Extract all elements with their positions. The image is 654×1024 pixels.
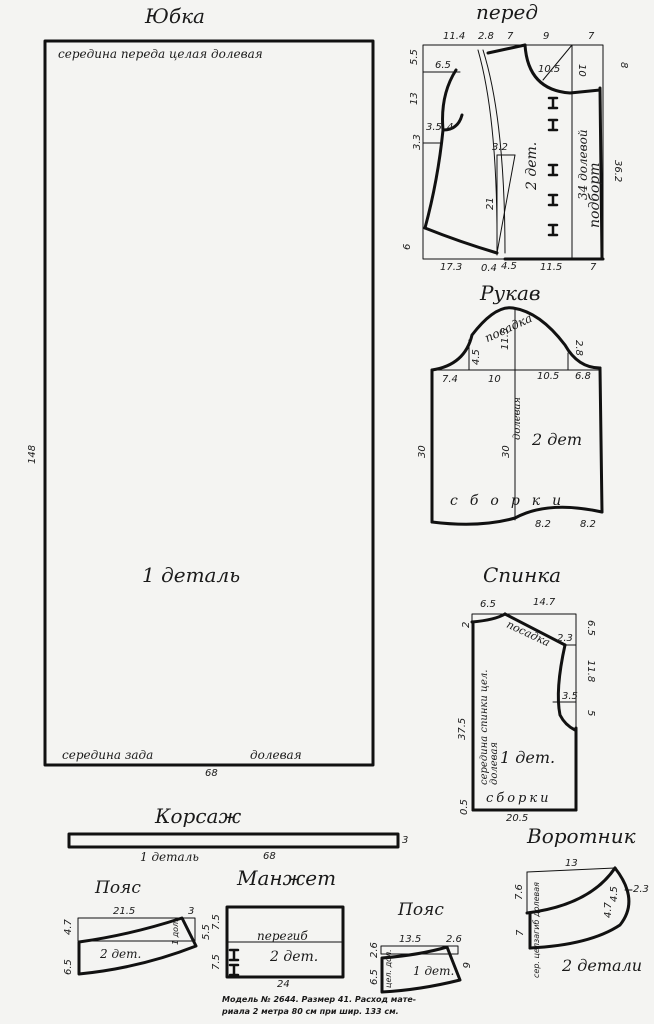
back-center-label: середина спинки цел. долевая	[480, 625, 500, 785]
sleeve-dim: 10.5	[537, 372, 559, 382]
sleeve-grain-label: долевая	[513, 397, 523, 440]
sleeve-title: Рукав	[480, 283, 541, 303]
belt-left-dim: 4.7	[64, 919, 74, 935]
back-dim: 11.8	[585, 660, 595, 682]
back-dim: 0.5	[460, 799, 470, 815]
back-dim: 20.5	[506, 814, 528, 824]
sleeve-dim: 11.5	[501, 328, 511, 350]
front-dim: 2.8	[478, 32, 494, 42]
front-dim: 0.4	[481, 264, 497, 274]
belt-right-inner-label: цел. дол.	[385, 949, 393, 988]
collar-side-label: сер. цел.	[533, 940, 541, 978]
skirt-center-label: 1 деталь	[142, 565, 240, 585]
back-dim: 2	[462, 622, 472, 628]
belt-left-dim: 3	[188, 907, 194, 917]
sleeve-dim: 8.2	[580, 520, 596, 530]
front-dim: 36.2	[612, 160, 622, 182]
collar-detail-label: 2 детали	[562, 958, 642, 974]
front-dim: 11.5	[540, 263, 562, 273]
front-dim: 11.4	[443, 32, 465, 42]
belt-right-dim: 6.5	[370, 969, 380, 985]
sleeve-dim: 10	[488, 375, 501, 385]
sleeve-dim: 6.8	[575, 372, 591, 382]
front-dim: 10	[576, 64, 586, 77]
front-dim: 7	[588, 32, 594, 42]
skirt-top-note: середина переда целая долевая	[58, 48, 263, 60]
front-facing-label2: подборт	[588, 162, 602, 228]
belt-right-dim: 13.5	[399, 935, 421, 945]
skirt-width-dim: 68	[205, 769, 218, 779]
sleeve-hem-label: сборки	[450, 494, 573, 508]
back-dim: 6.5	[585, 620, 595, 636]
collar-piece	[527, 868, 632, 948]
skirt-bottom-left: середина зада	[62, 749, 153, 761]
front-dim: 13	[410, 92, 420, 105]
cuff-dim: 24	[277, 980, 290, 990]
sleeve-dim: 7.4	[442, 375, 458, 385]
bodice-length-dim: 68	[263, 852, 276, 862]
skirt-bottom-right: долевая	[250, 749, 302, 761]
back-hem-label: сборки	[486, 792, 552, 805]
belt-right-dim: 2.6	[446, 935, 462, 945]
back-dim: 37.5	[458, 718, 468, 740]
belt-left-title: Пояс	[95, 880, 141, 897]
bodice-piece	[69, 834, 398, 847]
belt-right-dim: 6	[460, 962, 470, 968]
collar-dim: 7	[516, 930, 526, 936]
bodice-width-dim: 3	[402, 836, 408, 846]
back-title: Спинка	[483, 565, 561, 585]
back-dim: 5	[585, 710, 595, 716]
back-dim: 14.7	[533, 598, 555, 608]
sleeve-dim: 30	[502, 445, 512, 458]
front-dim: 21	[486, 197, 496, 210]
belt-right-title: Пояс	[398, 902, 444, 919]
back-dim: 3.5	[562, 692, 578, 702]
skirt-piece	[45, 41, 373, 765]
front-dim: 3.3	[413, 134, 423, 150]
collar-title: Воротник	[527, 826, 636, 846]
sleeve-dim: 8.2	[535, 520, 551, 530]
front-dim: 4	[447, 123, 453, 133]
front-dim: 5.5	[410, 49, 420, 65]
front-dim: 8	[618, 62, 628, 68]
front-dim: 6.5	[435, 61, 451, 71]
footer-line2: риала 2 метра 80 см при шир. 133 см.	[222, 1008, 399, 1016]
collar-dim: 2.3	[633, 885, 649, 895]
sleeve-dim: 4.5	[472, 349, 482, 365]
front-dim: 3.2	[492, 143, 508, 153]
back-dim: 2.3	[557, 634, 573, 644]
collar-dim: 7.6	[515, 884, 525, 900]
sleeve-detail-label: 2 дет	[532, 432, 582, 448]
front-dim: 9	[543, 32, 549, 42]
sleeve-dim: 30	[418, 445, 428, 458]
front-dim: 7	[507, 32, 513, 42]
front-detail-label: 2 дет.	[525, 142, 539, 190]
front-dim: 10.5	[538, 65, 560, 75]
collar-dim: 4.5	[610, 886, 620, 902]
collar-dim: 13	[565, 859, 578, 869]
belt-left-dim: 21.5	[113, 907, 135, 917]
belt-right-detail: 1 дет.	[413, 965, 454, 977]
front-dim: 17.3	[440, 263, 462, 273]
front-dim: 3.5	[426, 123, 442, 133]
belt-left-side-label: 1 дол.	[172, 919, 180, 945]
belt-left-detail: 2 дет.	[100, 948, 141, 960]
cuff-dim: 7.5	[212, 954, 222, 970]
skirt-height-dim: 148	[28, 445, 38, 464]
front-dim: 6	[403, 244, 413, 250]
cuff-detail-label: 2 дет.	[270, 950, 318, 964]
bodice-title: Корсаж	[155, 806, 241, 826]
belt-right-dim: 2.6	[370, 942, 380, 958]
bodice-label: 1 деталь	[140, 851, 199, 863]
cuff-dim: 7.5	[212, 914, 222, 930]
cuff-fold-label: перегиб	[257, 930, 308, 942]
front-title: перед	[476, 2, 538, 22]
sleeve-dim: 2.8	[573, 340, 583, 356]
back-dim: 6.5	[480, 600, 496, 610]
collar-dim: 4.7	[604, 902, 614, 918]
front-dim: 7	[590, 263, 596, 273]
collar-inner-label: загиб долевая	[533, 882, 541, 943]
skirt-title: Юбка	[145, 6, 205, 26]
front-dim: 4.5	[501, 262, 517, 272]
back-detail-label: 1 дет.	[500, 750, 555, 766]
belt-left-dim: 6.5	[64, 959, 74, 975]
cuff-title: Манжет	[237, 868, 336, 888]
footer-line1: Модель № 2644. Размер 41. Расход мате-	[222, 996, 416, 1004]
